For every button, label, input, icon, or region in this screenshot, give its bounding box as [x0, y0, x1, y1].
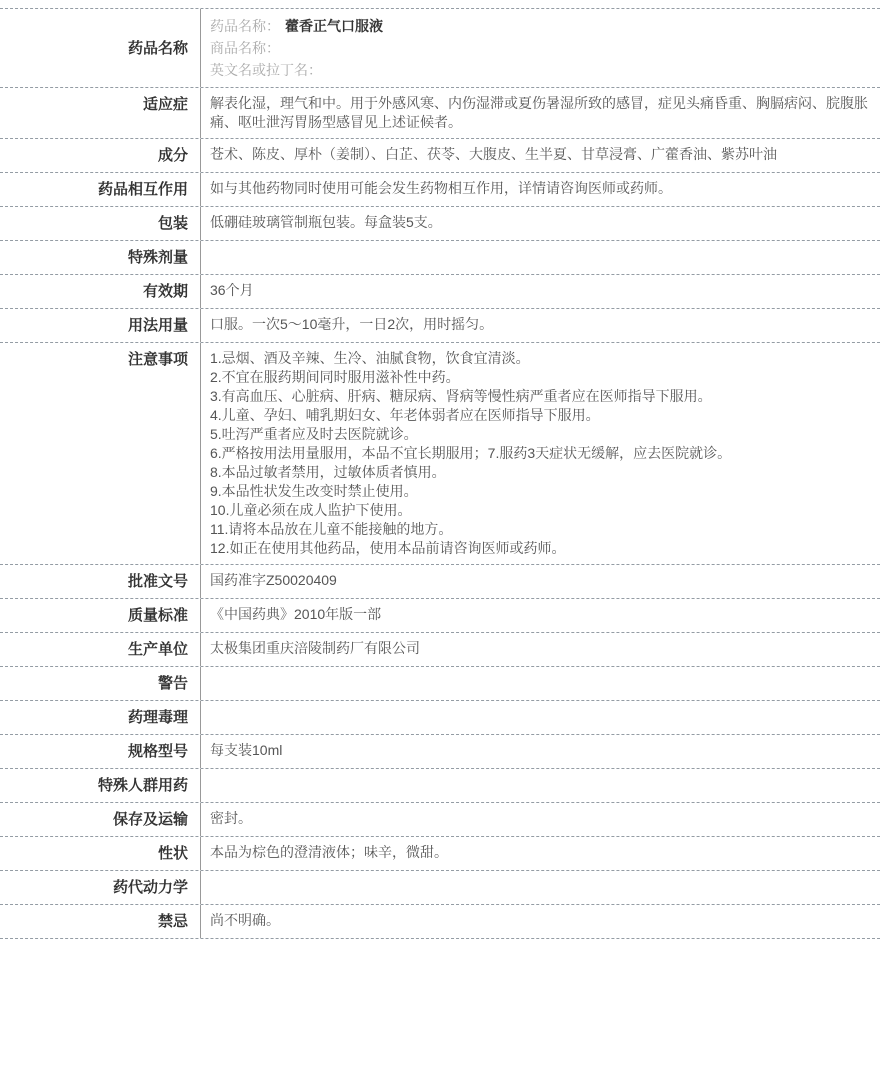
row-value: 36个月	[200, 275, 880, 308]
row-label: 适应症	[0, 88, 200, 138]
precaution-item: 3.有高血压、心脏病、肝病、糖尿病、肾病等慢性病严重者应在医师指导下服用。	[210, 387, 868, 406]
table-row-drug-name: 药品名称 药品名称：藿香正气口服液 商品名称： 英文名或拉丁名：	[0, 9, 880, 88]
precaution-item: 11.请将本品放在儿童不能接触的地方。	[210, 520, 868, 539]
table-row-shelf-life: 有效期 36个月	[0, 275, 880, 309]
row-label: 药代动力学	[0, 871, 200, 904]
table-row-special-populations: 特殊人群用药	[0, 769, 880, 803]
row-label: 特殊剂量	[0, 241, 200, 274]
page: 药品名称 药品名称：藿香正气口服液 商品名称： 英文名或拉丁名： 适应症 解表化…	[0, 0, 880, 1070]
drug-name-value: 藿香正气口服液	[285, 18, 383, 34]
row-label: 用法用量	[0, 309, 200, 342]
drug-info-table: 药品名称 药品名称：藿香正气口服液 商品名称： 英文名或拉丁名： 适应症 解表化…	[0, 8, 880, 939]
table-row-contraindications: 禁忌 尚不明确。	[0, 905, 880, 939]
row-value: 《中国药典》2010年版一部	[200, 599, 880, 632]
row-value: 太极集团重庆涪陵制药厂有限公司	[200, 633, 880, 666]
precaution-item: 1.忌烟、酒及辛辣、生冷、油腻食物，饮食宜清淡。	[210, 349, 868, 368]
row-label: 批准文号	[0, 565, 200, 598]
row-label: 生产单位	[0, 633, 200, 666]
table-row-warning: 警告	[0, 667, 880, 701]
table-row-special-dosage: 特殊剂量	[0, 241, 880, 275]
table-row-quality-standard: 质量标准 《中国药典》2010年版一部	[0, 599, 880, 633]
row-value	[200, 667, 880, 700]
row-value: 口服。一次5～10毫升，一日2次，用时摇匀。	[200, 309, 880, 342]
precaution-item: 5.吐泻严重者应及时去医院就诊。	[210, 425, 868, 444]
row-label: 药品名称	[0, 9, 200, 87]
row-value: 解表化湿，理气和中。用于外感风寒、内伤湿滞或夏伤暑湿所致的感冒，症见头痛昏重、胸…	[200, 88, 880, 138]
table-row-dosage: 用法用量 口服。一次5～10毫升，一日2次，用时摇匀。	[0, 309, 880, 343]
row-value	[200, 769, 880, 802]
table-row-precautions: 注意事项 1.忌烟、酒及辛辣、生冷、油腻食物，饮食宜清淡。 2.不宜在服药期间同…	[0, 343, 880, 565]
drug-name-prefix: 药品名称：	[210, 18, 280, 34]
precaution-item: 4.儿童、孕妇、哺乳期妇女、年老体弱者应在医师指导下服用。	[210, 406, 868, 425]
row-value: 尚不明确。	[200, 905, 880, 938]
row-value	[200, 871, 880, 904]
row-value: 药品名称：藿香正气口服液 商品名称： 英文名或拉丁名：	[200, 9, 880, 87]
row-label: 性状	[0, 837, 200, 870]
table-row-packaging: 包装 低硼硅玻璃管制瓶包装。每盒装5支。	[0, 207, 880, 241]
table-row-storage-transport: 保存及运输 密封。	[0, 803, 880, 837]
english-name-prefix: 英文名或拉丁名：	[210, 62, 322, 78]
row-label: 禁忌	[0, 905, 200, 938]
row-value: 如与其他药物同时使用可能会发生药物相互作用，详情请咨询医师或药师。	[200, 173, 880, 206]
trade-name-line: 商品名称：	[210, 37, 868, 59]
precaution-item: 10.儿童必须在成人监护下使用。	[210, 501, 868, 520]
row-value: 苍术、陈皮、厚朴（姜制）、白芷、茯苓、大腹皮、生半夏、甘草浸膏、广藿香油、紫苏叶…	[200, 139, 880, 172]
row-label: 保存及运输	[0, 803, 200, 836]
row-label: 注意事项	[0, 343, 200, 564]
table-row-approval-number: 批准文号 国药准字Z50020409	[0, 565, 880, 599]
row-value	[200, 701, 880, 734]
row-value: 低硼硅玻璃管制瓶包装。每盒装5支。	[200, 207, 880, 240]
table-row-pharmacology-toxicology: 药理毒理	[0, 701, 880, 735]
table-row-interactions: 药品相互作用 如与其他药物同时使用可能会发生药物相互作用，详情请咨询医师或药师。	[0, 173, 880, 207]
row-label: 包装	[0, 207, 200, 240]
trade-name-prefix: 商品名称：	[210, 40, 280, 56]
row-value: 本品为棕色的澄清液体；味辛，微甜。	[200, 837, 880, 870]
precaution-item: 8.本品过敏者禁用，过敏体质者慎用。	[210, 463, 868, 482]
row-label: 成分	[0, 139, 200, 172]
table-row-pharmacokinetics: 药代动力学	[0, 871, 880, 905]
precaution-item: 2.不宜在服药期间同时服用滋补性中药。	[210, 368, 868, 387]
table-row-ingredients: 成分 苍术、陈皮、厚朴（姜制）、白芷、茯苓、大腹皮、生半夏、甘草浸膏、广藿香油、…	[0, 139, 880, 173]
row-label: 药品相互作用	[0, 173, 200, 206]
row-label: 质量标准	[0, 599, 200, 632]
row-label: 警告	[0, 667, 200, 700]
row-label: 有效期	[0, 275, 200, 308]
row-label: 规格型号	[0, 735, 200, 768]
row-label: 特殊人群用药	[0, 769, 200, 802]
row-value: 1.忌烟、酒及辛辣、生冷、油腻食物，饮食宜清淡。 2.不宜在服药期间同时服用滋补…	[200, 343, 880, 564]
row-value: 密封。	[200, 803, 880, 836]
drug-name-line: 药品名称：藿香正气口服液	[210, 15, 868, 37]
precaution-item: 12.如正在使用其他药品，使用本品前请咨询医师或药师。	[210, 539, 868, 558]
row-label: 药理毒理	[0, 701, 200, 734]
table-row-manufacturer: 生产单位 太极集团重庆涪陵制药厂有限公司	[0, 633, 880, 667]
table-row-specification: 规格型号 每支装10ml	[0, 735, 880, 769]
table-row-description: 性状 本品为棕色的澄清液体；味辛，微甜。	[0, 837, 880, 871]
table-row-indications: 适应症 解表化湿，理气和中。用于外感风寒、内伤湿滞或夏伤暑湿所致的感冒，症见头痛…	[0, 88, 880, 139]
precaution-item: 6.严格按用法用量服用，本品不宜长期服用；7.服药3天症状无缓解，应去医院就诊。	[210, 444, 868, 463]
precaution-item: 9.本品性状发生改变时禁止使用。	[210, 482, 868, 501]
row-value: 每支装10ml	[200, 735, 880, 768]
row-value: 国药准字Z50020409	[200, 565, 880, 598]
row-value	[200, 241, 880, 274]
english-name-line: 英文名或拉丁名：	[210, 59, 868, 81]
